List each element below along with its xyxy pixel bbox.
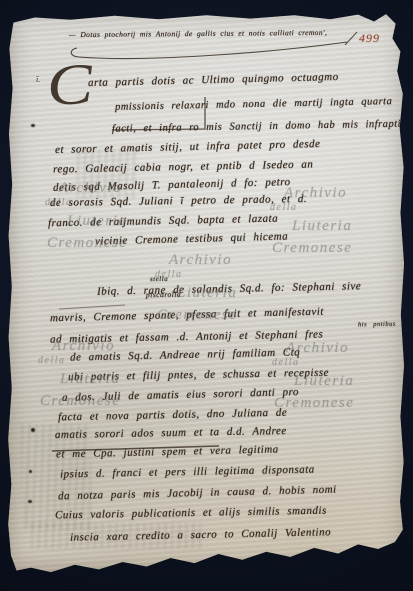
handwritten-line: stella (150, 276, 168, 283)
handwritten-line: his pntibus (358, 322, 396, 329)
handwritten-line: piscarolia (146, 291, 181, 299)
photograph-of-manuscript: { "page": { "folio_number": "499", "head… (0, 0, 413, 591)
wormhole (31, 124, 35, 127)
ink-bleedthrough (77, 149, 137, 199)
ink-bleedthrough (31, 523, 201, 549)
manuscript-page: — Dotas ptochorij mis Antonij de gallis … (7, 9, 406, 575)
ink-bleedthrough (21, 424, 91, 529)
